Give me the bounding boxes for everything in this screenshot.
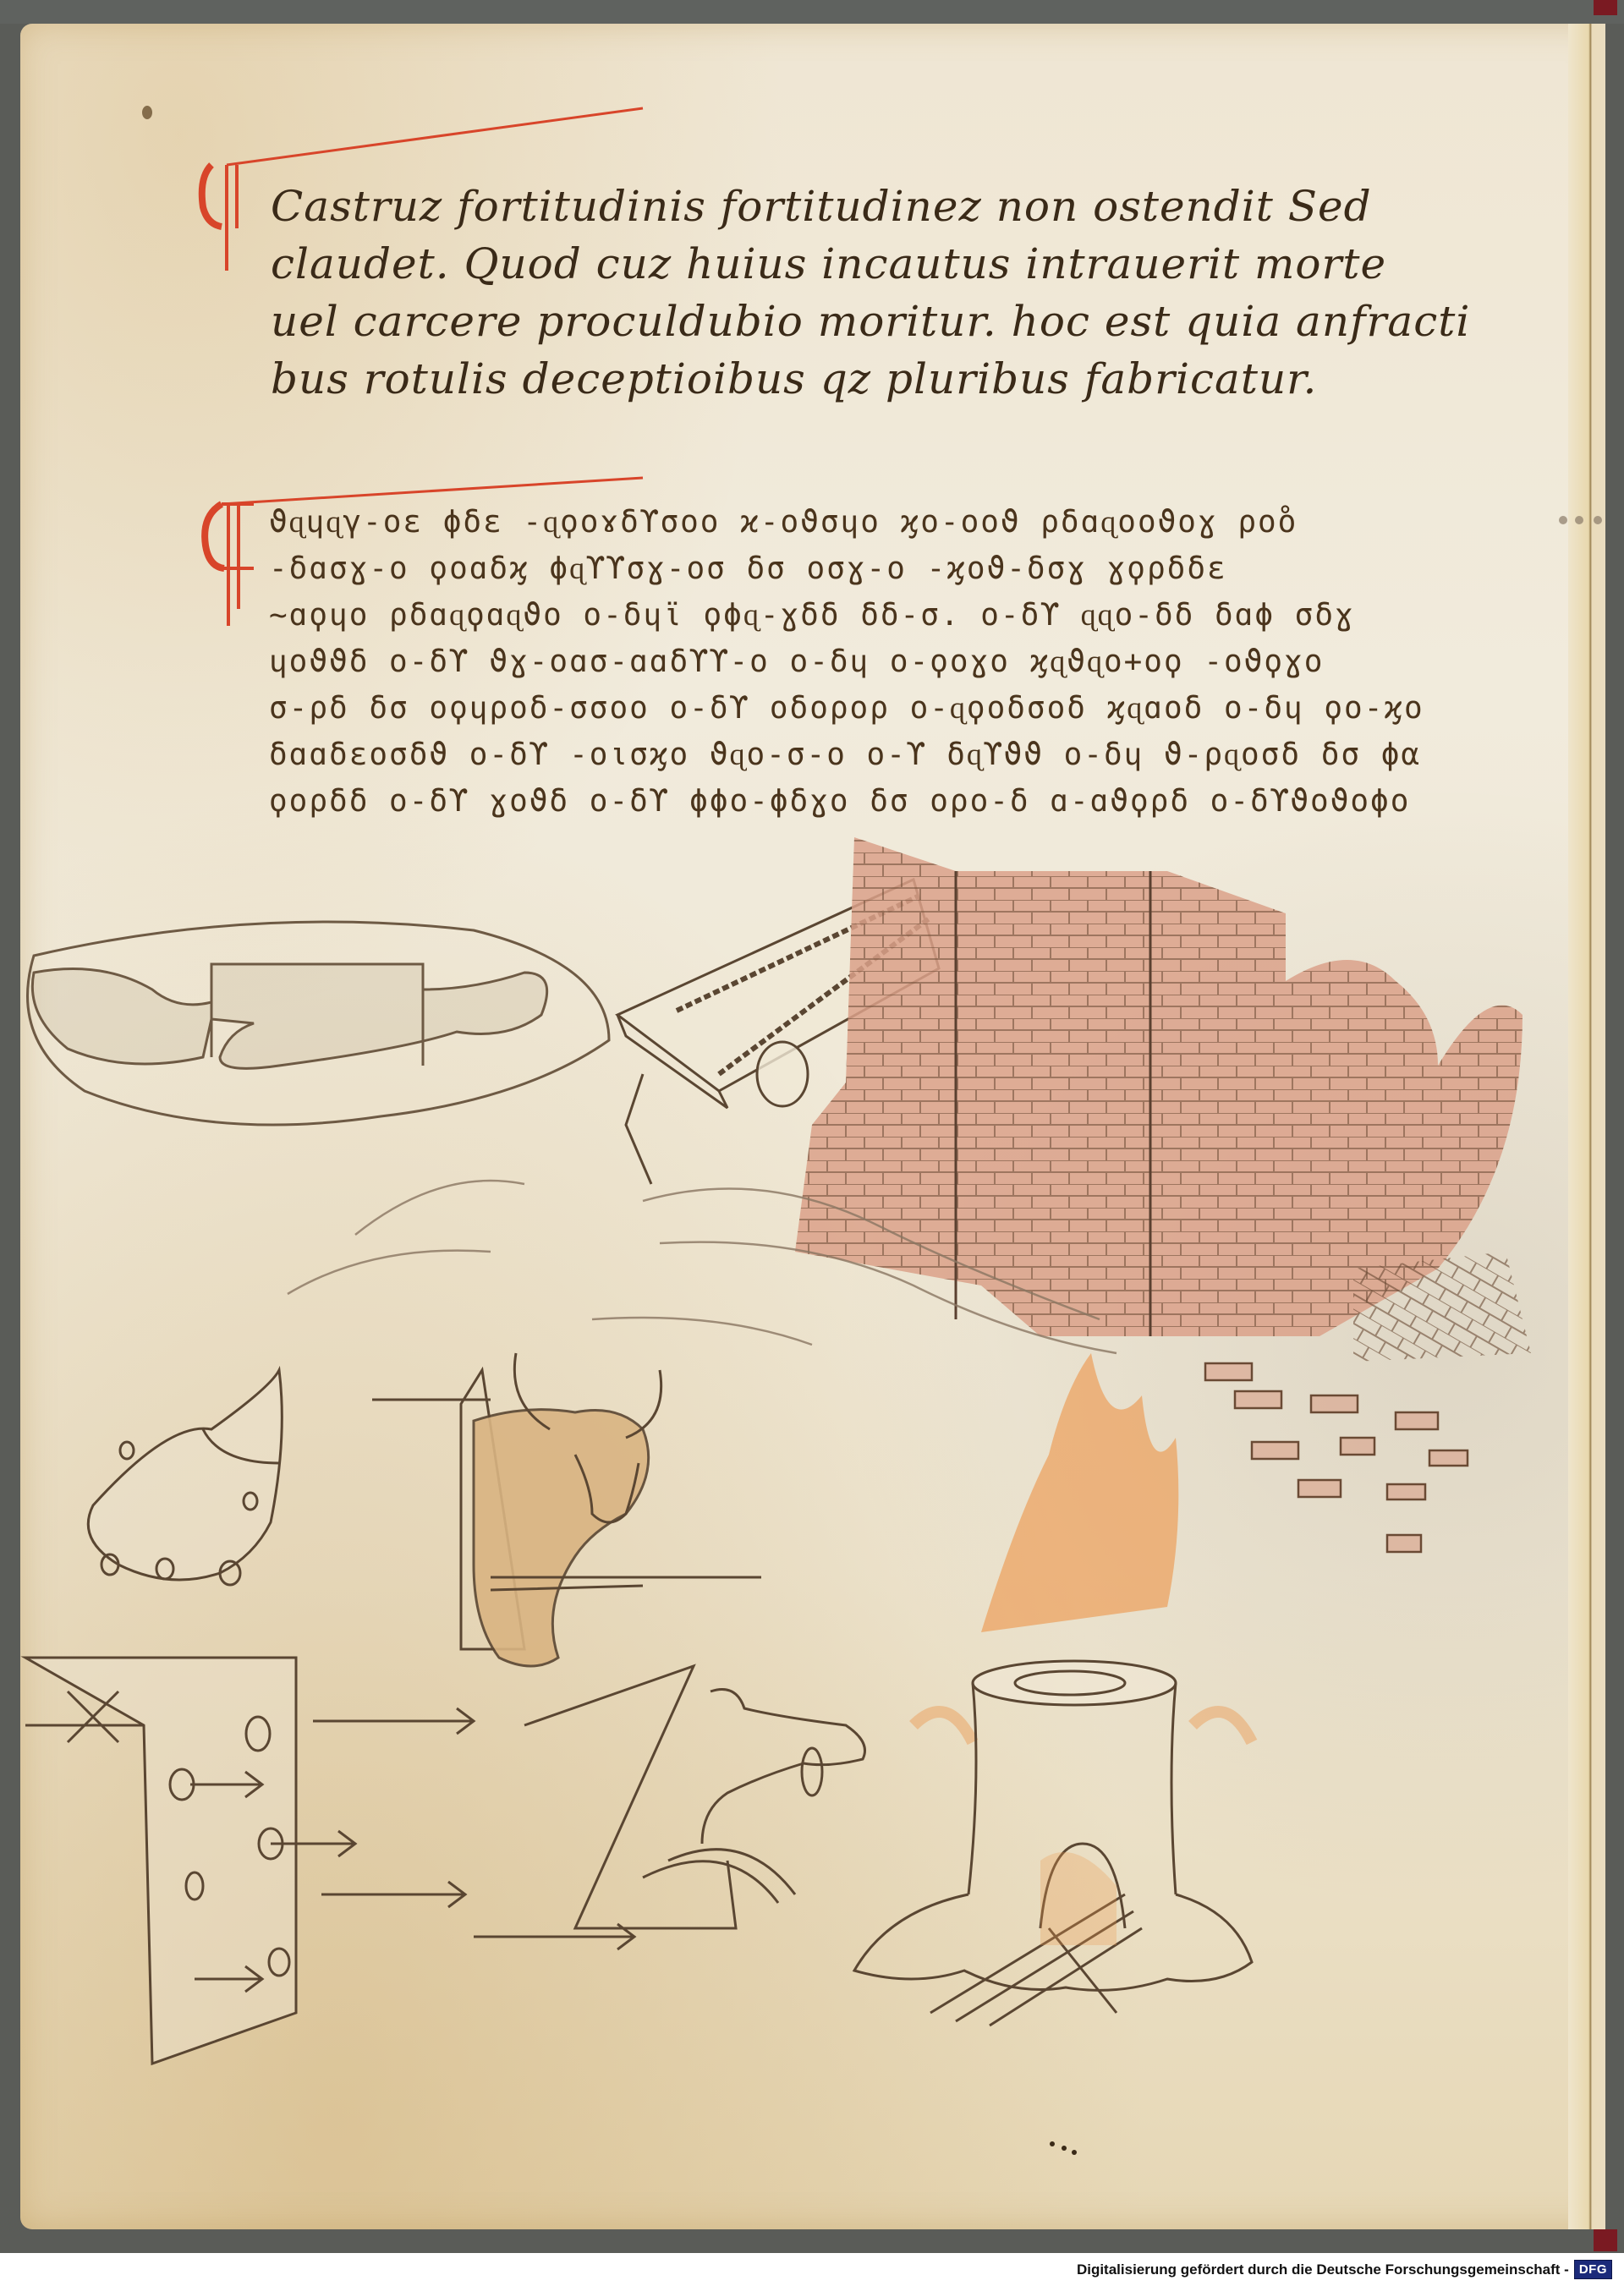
latin-line: Castruz fortitudinis fortitudinez non os… [271,178,1438,235]
bull-head-drawing [372,1353,761,1666]
latin-line: claudet. Quod cuz huius incautus intraue… [271,235,1438,293]
studded-shield-drawing [88,1370,282,1585]
cipher-line: ~ɑϙɥο ρδɑɋϙɑɋϑο ο-δɥϊ ϙϕɋ-ɣδδ δδ-σ. ο-δϒ… [269,592,1453,639]
cipher-line: ɥοϑϑδ ο-δϒ ϑɣ-οɑσ-ɑɑδϒϒ-ο ο-δɥ ο-ϙοɣο ϗɋ… [269,639,1453,685]
chain-link-drawing [28,922,610,1125]
latin-line: bus rotulis deceptioibus qz pluribus fab… [271,350,1438,408]
funding-caption-text: Digitalisierung gefördert durch die Deut… [1077,2261,1569,2278]
cipher-line: ϙορδδ ο-δϒ ɣοϑδ ο-δϒ ϕϕο-ϕδɣο δσ ορο-δ ɑ… [269,778,1453,825]
manuscript-scan: Castruz fortitudinis fortitudinez non os… [0,0,1624,2253]
cipher-line: ϑɋɥɋγ-οε ϕδε -ɋϙοɤδϒσοο ϰ-οϑσɥο ϗο-οοϑ ρ… [269,499,1453,545]
ink-marks [1050,2141,1077,2155]
cipher-line: δɑɑδεοσδϑ ο-δϒ -οισϗο ϑɋο-σ-ο ο-ϒ δɋϒϑϑ … [269,732,1453,778]
dfg-logo: DFG [1574,2260,1612,2279]
cipher-paragraph: ϑɋɥɋγ-οε ϕδε -ɋϙοɤδϒσοο ϰ-οϑσɥο ϗο-οοϑ ρ… [269,499,1453,825]
dragon-head-drawing [524,1666,865,1928]
scattered-bricks-drawing [1205,1363,1468,1552]
funding-caption: Digitalisierung gefördert durch die Deut… [0,2253,1624,2286]
latin-paragraph: Castruz fortitudinis fortitudinez non os… [271,178,1438,408]
cipher-line: -δɑσɣ-ο ϙοɑδϗ ϕɋϒϒσɣ-οσ δσ οσɣ-ο -ϗοϑ-δσ… [269,545,1453,592]
cipher-line: σ-ρδ δσ οϙɥροδ-σσοο ο-δϒ οδορορ ο-ɋϙοδσο… [269,685,1453,732]
latin-line: uel carcere proculdubio moritur. hoc est… [271,293,1438,350]
furnace-drawing [854,1353,1252,2026]
